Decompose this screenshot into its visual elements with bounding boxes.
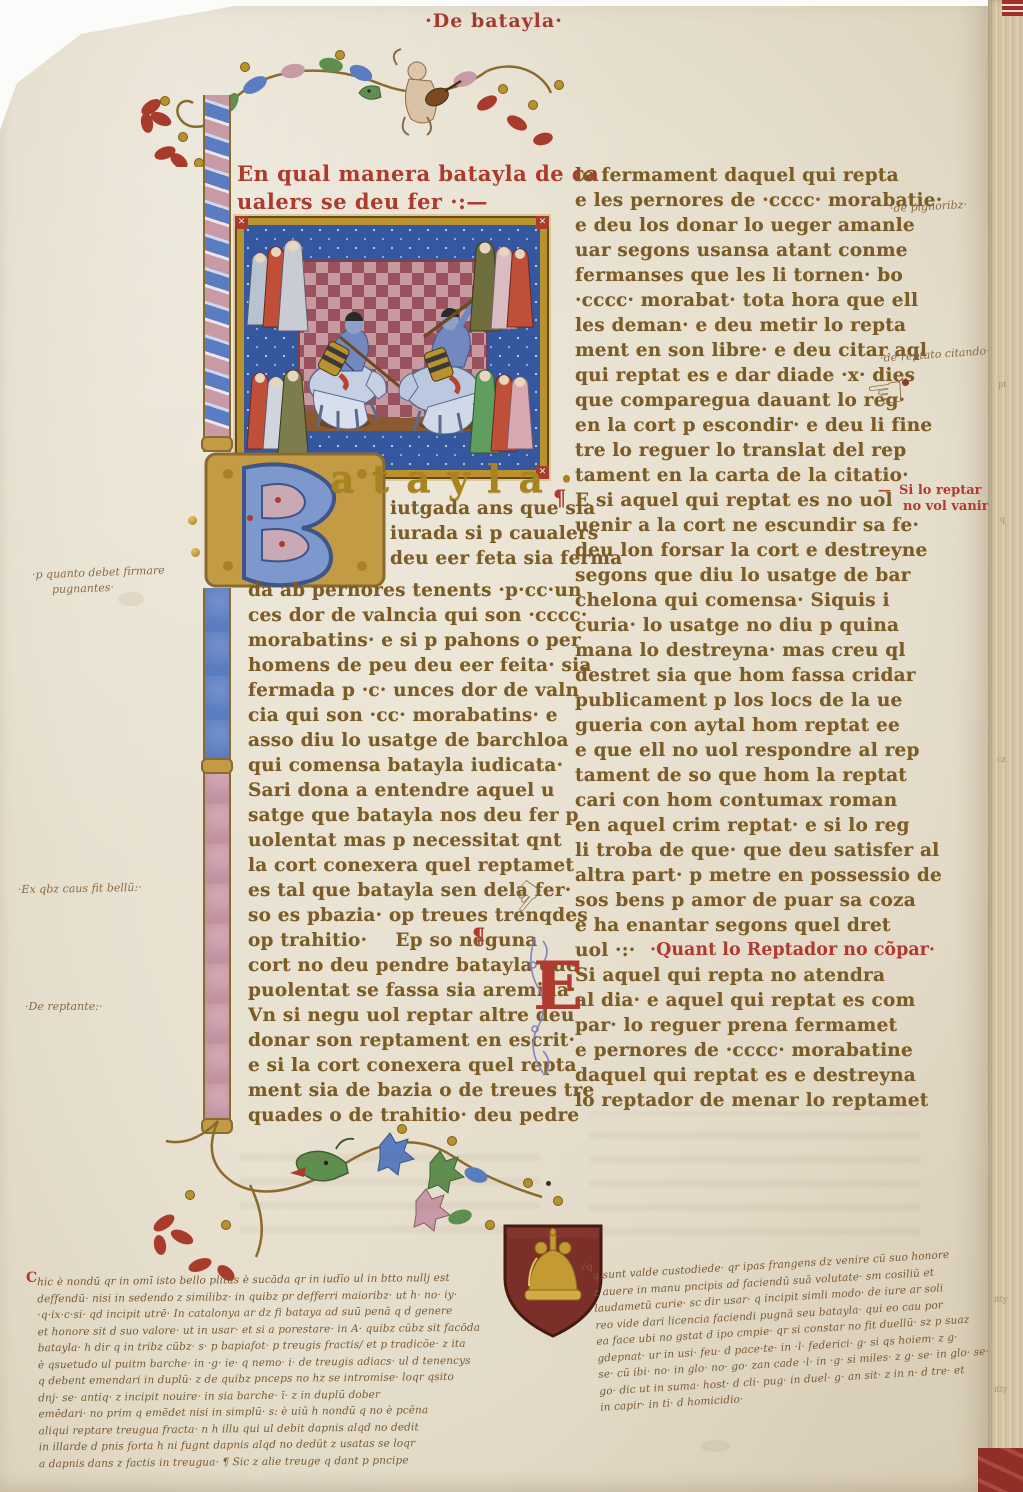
text-line: la cort conexera quel reptamet	[248, 853, 594, 878]
dragon-icon	[290, 1139, 354, 1181]
gold-bell-charge	[525, 1228, 581, 1300]
gloss-tie-mark: √q	[580, 1262, 593, 1273]
text-line: es tal que batayla sen dela fer·	[248, 878, 594, 903]
margin-note-left: ·Ex qbz caus fit bellũ:·	[18, 881, 142, 897]
gloss-left-block: hic è nondū qr in omī isto bello plitas …	[37, 1270, 482, 1473]
right-column: lo fermament daquel qui reptae les perno…	[575, 163, 942, 1113]
text-line: qui comensa batayla iudicata·	[248, 753, 594, 778]
text-line: fermanses que les li tornen· bo	[575, 263, 942, 288]
text-line: destret sia que hom fassa cridar	[575, 663, 942, 688]
text-line: satge que batayla nos deu fer p	[248, 803, 594, 828]
bleed-through	[590, 1112, 920, 1252]
text-line: li troba de que· que deu satisfer al	[575, 838, 942, 863]
endband-top	[1002, 0, 1023, 16]
initial-E-letter: E	[533, 953, 583, 1019]
miniature-battle-scene: ✕ ✕ ✕ ✕	[237, 218, 547, 477]
border-vine-bottom	[130, 1105, 590, 1290]
gloss-paraph: C	[26, 1270, 37, 1286]
spectators-top-left	[247, 240, 308, 331]
text-line: sos bens p amor de puar sa coza	[575, 888, 942, 913]
text-line: segons que diu lo usatge de bar	[575, 563, 942, 588]
parchment-stain	[118, 592, 144, 606]
vine-leaves	[220, 56, 478, 116]
text-line: da ab pernores tenents ·p·cc·un	[248, 578, 594, 603]
gold-bezant	[191, 548, 200, 557]
photo-background-top	[0, 0, 988, 6]
text-line: E si aquel qui reptat es no uol	[575, 488, 942, 513]
margin-note-left: ·p quanto debet firmare	[32, 564, 165, 583]
musician-figure	[394, 49, 461, 135]
text-line: e les pernores de ·cccc· morabatie·	[575, 188, 942, 213]
edge-scribble: itty	[994, 1385, 1008, 1394]
text-line: par· lo reguer prena fermamet	[575, 1013, 942, 1038]
book-fore-edge	[988, 0, 1023, 1492]
spectators-bottom-left	[247, 370, 308, 453]
holly-leaves	[378, 1133, 490, 1231]
border-bar-middle	[203, 588, 231, 760]
text-line: gueria con aytal hom reptat ee	[575, 713, 942, 738]
text-line: ·cccc· morabat· tota hora que ell	[575, 288, 942, 313]
bleed-through	[240, 1150, 540, 1250]
rubric-line: En qual manera batayla de ca	[237, 160, 599, 188]
text-line: e que ell no uol respondre al rep	[575, 738, 942, 763]
text-line: mana lo destreyna· mas creu ql	[575, 638, 942, 663]
miniature-painting	[244, 225, 540, 470]
margin-note-left: ·De reptante:·	[25, 1000, 102, 1014]
text-line: cari con hom contumax roman	[575, 788, 942, 813]
text-line: les deman· e deu metir lo repta	[575, 313, 942, 338]
gold-bezants	[186, 1125, 563, 1230]
border-bar-lower	[203, 764, 231, 1122]
frame-corner: ✕	[235, 216, 248, 229]
text-line: en aquel crim reptat· e si lo reg	[575, 813, 942, 838]
text-line: e pernores de ·cccc· morabatine	[575, 1038, 942, 1063]
text-line: e ha enantar segons quel dret	[575, 913, 942, 938]
chapter-rubric: En qual manera batayla de ca ualers se d…	[237, 160, 599, 216]
frame-corner: ✕	[536, 216, 549, 229]
running-title: ·De batayla·	[0, 10, 988, 32]
flourished-initial-E: E	[527, 945, 589, 1065]
text-line: e deu los donar lo ueger amanle	[575, 213, 942, 238]
margin-note-red: Si lo reptar	[899, 483, 981, 498]
edge-scribble: pt	[998, 380, 1006, 389]
text-line: Sari dona a entendre aquel u	[248, 778, 594, 803]
text-line: al dia· e aquel qui reptat es com	[575, 988, 942, 1013]
display-word-batayla: atayla·	[330, 456, 590, 501]
text-line: curia· lo usatge no diu p quina	[575, 613, 942, 638]
margin-note-left: pugnantes·	[52, 581, 114, 597]
text-line: cia qui son ·cc· morabatins· e	[248, 703, 594, 728]
inline-rubric: ·Quant lo Reptador no cõpar·	[650, 940, 935, 960]
text-line: quades o de trahitio· deu pedre	[248, 1103, 594, 1128]
text-line: homens de peu deu eer feita· sia	[248, 653, 594, 678]
ink-spot	[546, 1181, 551, 1186]
margin-note-right: ·de pignoribz·	[890, 198, 968, 216]
text-line: chelona qui comensa· Siquis i	[575, 588, 942, 613]
edge-scribble: itty	[994, 1295, 1008, 1304]
text-line: que comparegua dauant lo reg·	[575, 388, 942, 413]
text-line: Si aquel qui repta no atendra	[575, 963, 942, 988]
rubric-line: ualers se deu fer ·:—	[237, 188, 599, 216]
border-vine-top	[135, 45, 580, 167]
text-line: so es pbazia· op treues trenqdes	[248, 903, 594, 928]
spectators-bottom-right	[470, 370, 533, 453]
edge-scribble: q	[1000, 515, 1005, 524]
gold-bezant	[188, 516, 197, 525]
manuscript-photo: ·De batayla·	[0, 0, 1023, 1492]
text-line: qui reptat es e dar diade ·x· dies	[575, 363, 942, 388]
dragon-icon	[359, 86, 381, 99]
text-line: deu lon forsar la cort e destreyne	[575, 538, 942, 563]
margin-note-red: no vol vanir·	[903, 499, 993, 514]
text-line: ment sia de bazia o de treues tre	[248, 1078, 594, 1103]
frame-corner: ✕	[235, 466, 248, 479]
gloss-right-block: q sunt valde custodiede· qr ipas frangen…	[592, 1245, 991, 1416]
border-bar-upper	[203, 95, 231, 452]
gold-bezants	[161, 51, 564, 168]
binding-corner-bottom	[978, 1448, 1023, 1492]
text-line: altra part· p metre en possessio de	[575, 863, 942, 888]
text-line: tre lo reguer lo translat del rep	[575, 438, 942, 463]
text-line: morabatins· e si p pahons o per	[248, 628, 594, 653]
border-bar-knot	[201, 1118, 233, 1134]
text-line: lo fermament daquel qui repta	[575, 163, 942, 188]
text-line: publicament p los locs de la ue	[575, 688, 942, 713]
text-line: daquel qui reptat es e destreyna	[575, 1063, 942, 1088]
border-bar-knot	[201, 758, 233, 774]
text-line: uenir a la cort ne escundir sa fe·	[575, 513, 942, 538]
text-line: en la cort p escondir· e deu li fine	[575, 413, 942, 438]
text-line: ces dor de valncia qui son ·cccc·	[248, 603, 594, 628]
border-bar-knot	[201, 436, 233, 452]
text-line: asso diu lo usatge de barchloa	[248, 728, 594, 753]
text-line: fermada p ·c· unces dor de valn	[248, 678, 594, 703]
text-line: lo reptador de menar lo reptamet	[575, 1088, 942, 1113]
edge-scribble: cz	[997, 755, 1006, 764]
text-line: uar segons usansa atant conme	[575, 238, 942, 263]
text-line: uolentat mas p necessitat qnt	[248, 828, 594, 853]
text-line: tament en la carta de la citatio·	[575, 463, 942, 488]
parchment-stain	[700, 1440, 730, 1452]
text-line: tament de so que hom la reptat	[575, 763, 942, 788]
red-trefoil-leaves	[139, 92, 555, 167]
spectators-top-right	[470, 242, 533, 331]
